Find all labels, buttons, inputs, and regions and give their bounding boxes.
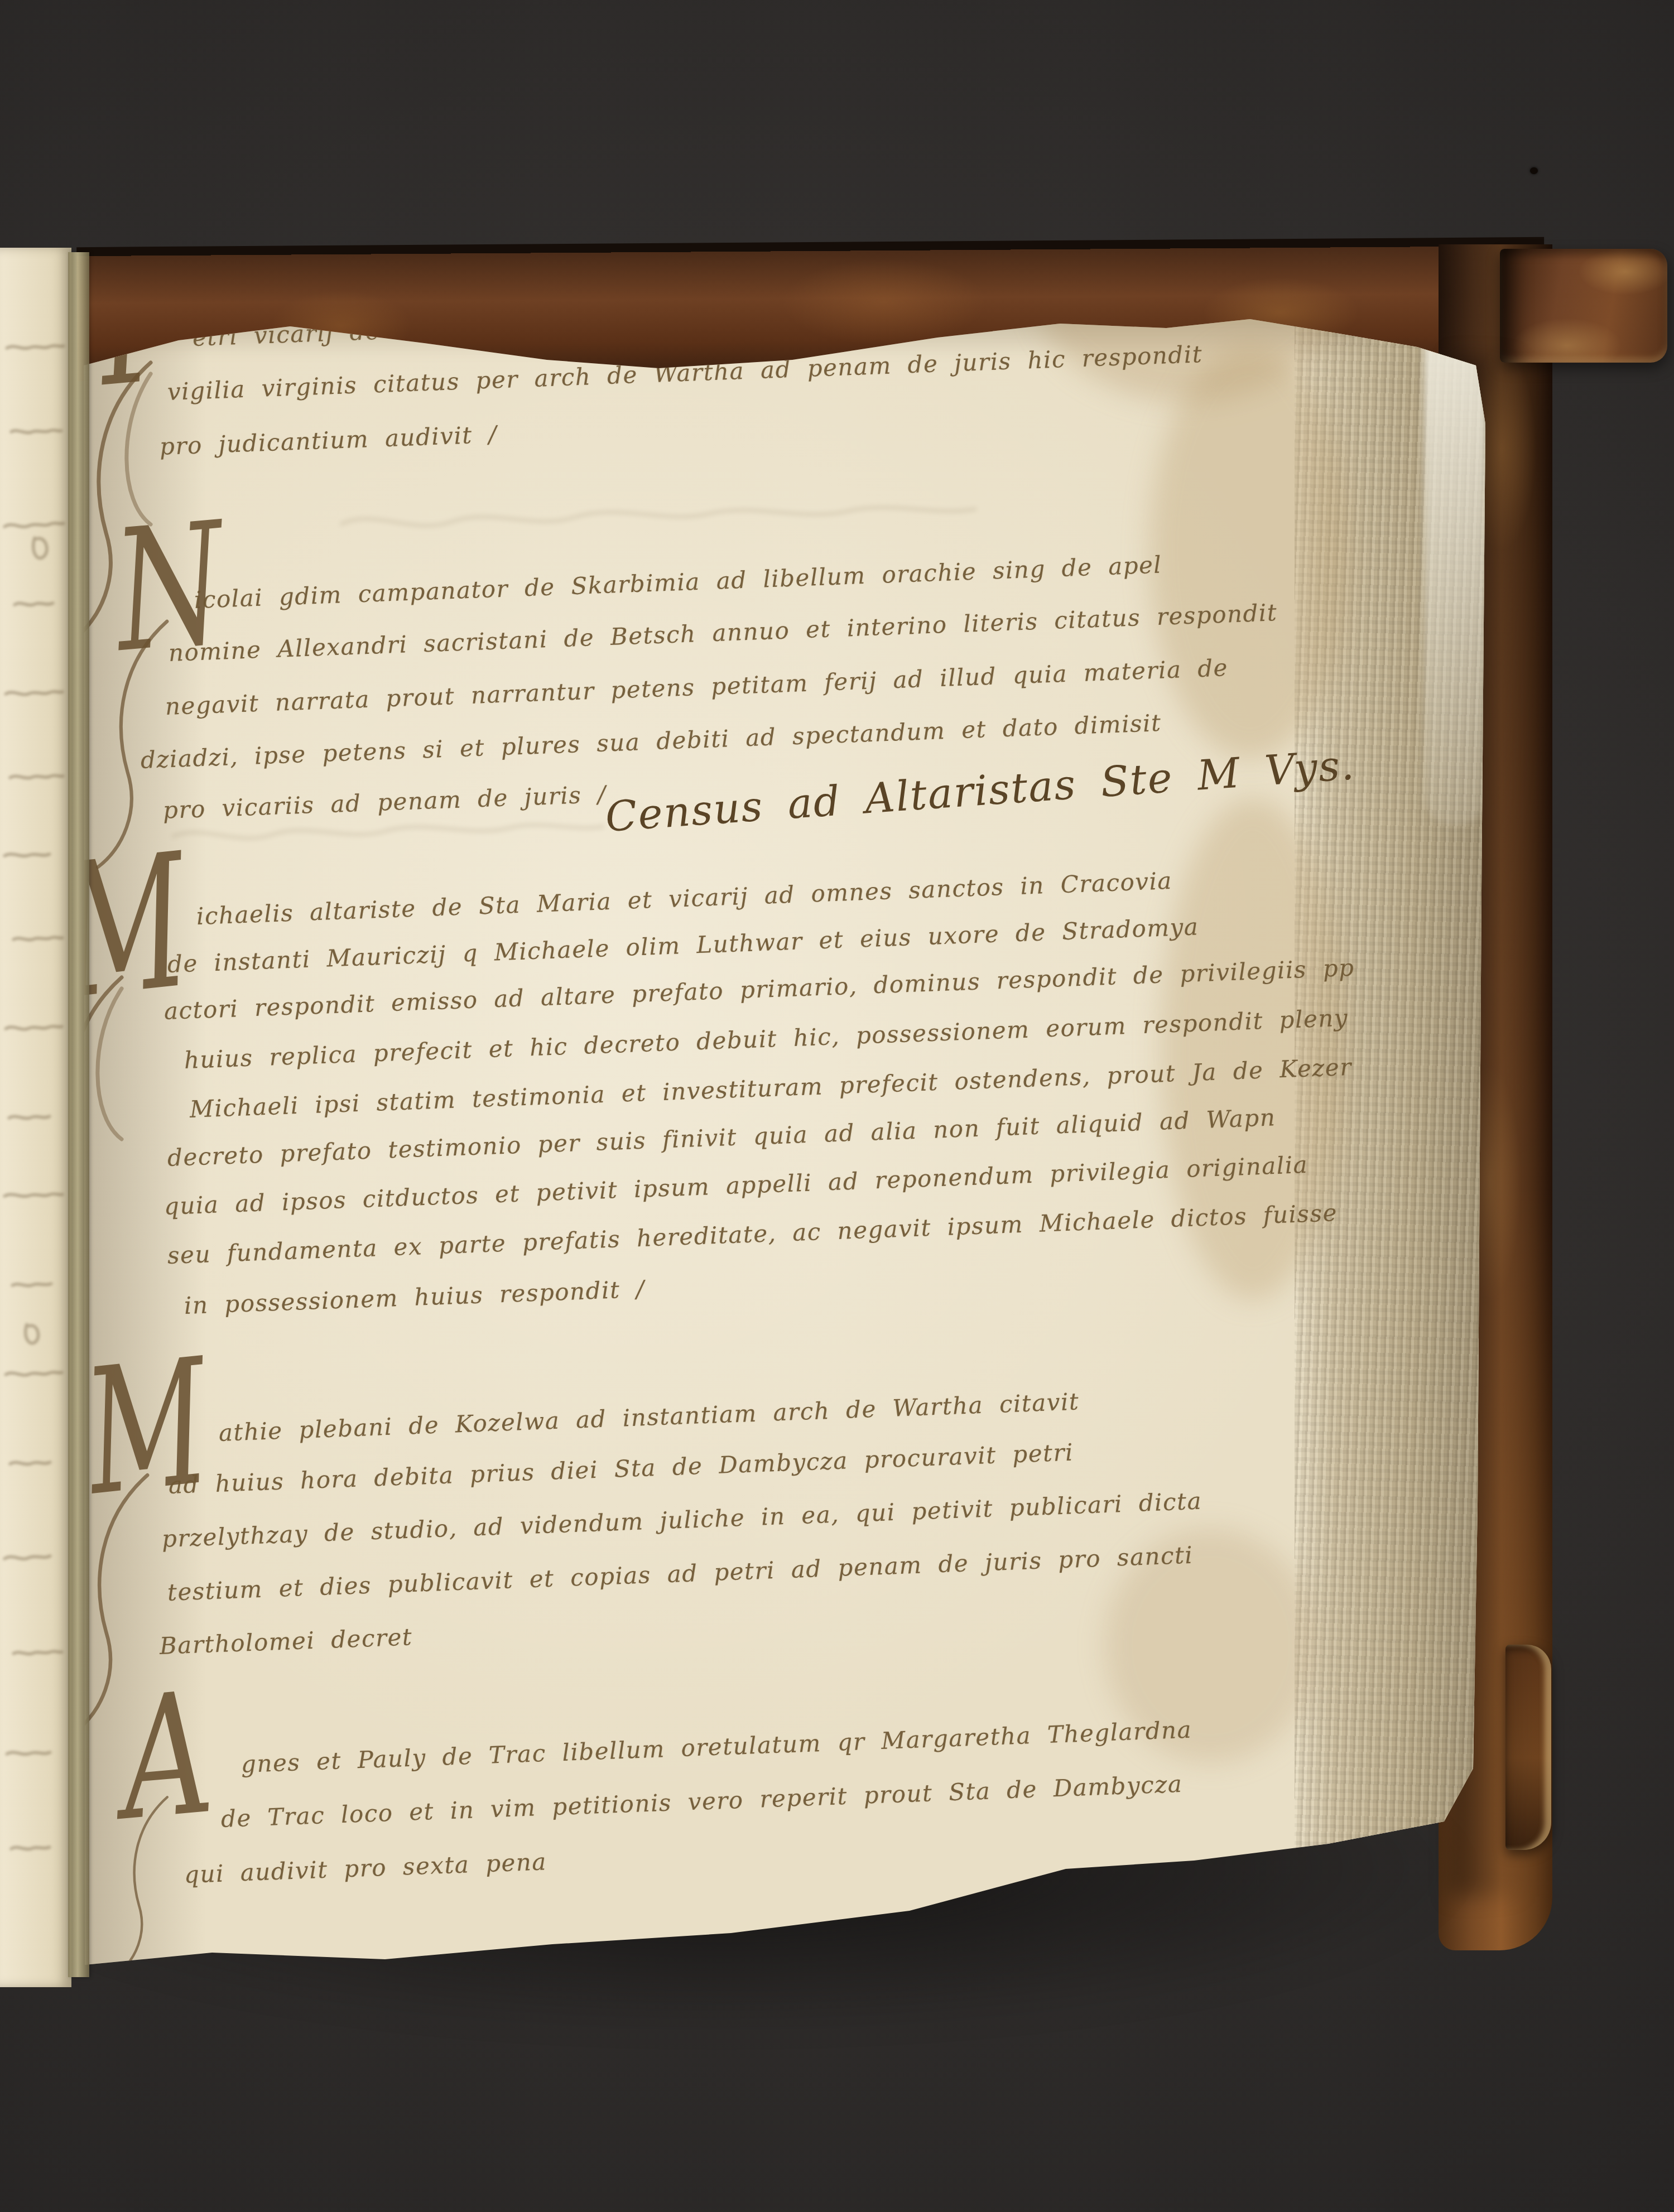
manuscript-photo: 579 230 P etri vicarij de Mogindaw ad li…: [0, 0, 1674, 2212]
plexiglass-strip: [68, 252, 89, 1977]
clasp-strap: [1500, 249, 1667, 363]
water-stain: [1149, 346, 1350, 759]
facing-page-sliver: [0, 248, 71, 1987]
verso-bleedthrough-script: [0, 248, 71, 1987]
show-through-script: [335, 480, 1172, 558]
guard-leaf-highlight: [1424, 312, 1487, 826]
wormhole: [1530, 167, 1538, 174]
